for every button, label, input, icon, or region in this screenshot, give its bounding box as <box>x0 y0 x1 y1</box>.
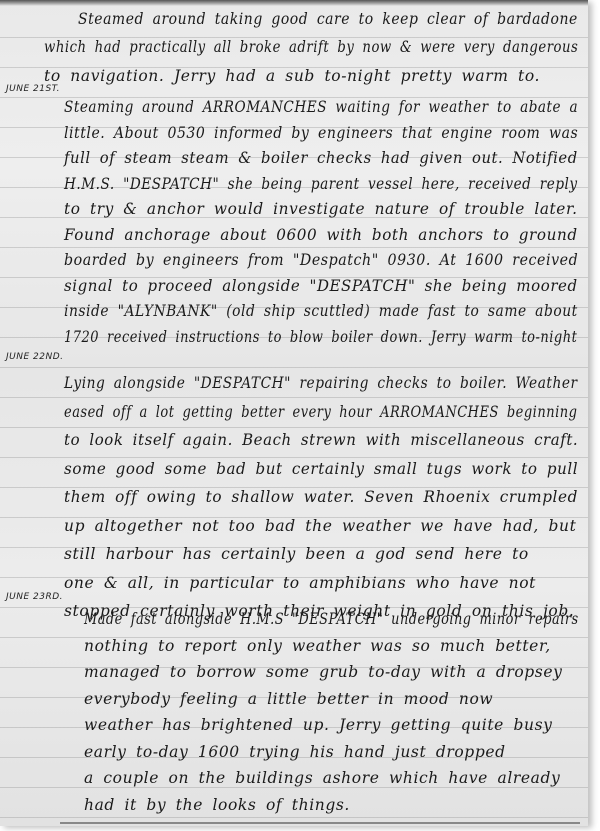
text-line: Found anchorage about 0600 with both anc… <box>64 226 578 244</box>
text-line: H.M.S. "DESPATCH" she being parent vesse… <box>64 175 578 193</box>
text-line: to look itself again. Beach strewn with … <box>64 431 578 449</box>
text-line: some good some bad but certainly small t… <box>64 460 578 478</box>
text-line: inside "ALYNBANK" (old ship scuttled) ma… <box>64 302 578 320</box>
text-line: Made fast alongside H.M.S "DESPATCH" und… <box>84 610 579 628</box>
text-line: to try & anchor would investigate nature… <box>64 200 578 218</box>
text-line: full of steam steam & boiler checks had … <box>64 149 578 167</box>
text-line: them off owing to shallow water. Seven R… <box>64 488 578 506</box>
text-line: nothing to report only weather was so mu… <box>84 637 551 655</box>
text-line: still harbour has certainly been a god s… <box>64 545 529 563</box>
text-line: boarded by engineers from "Despatch" 093… <box>64 251 578 269</box>
text-line: which had practically all broke adrift b… <box>44 38 578 56</box>
text-line: weather has brightened up. Jerry getting… <box>84 716 553 734</box>
text-line: Steamed around taking good care to keep … <box>78 10 578 28</box>
text-line: one & all, in particular to amphibians w… <box>64 574 536 592</box>
text-line: everybody feeling a little better in moo… <box>84 690 493 708</box>
page-edge <box>60 822 580 824</box>
text-line: managed to borrow some grub to-day with … <box>84 663 562 681</box>
entry-date: JUNE 21ST. <box>6 84 60 94</box>
text-line: little. About 0530 informed by engineers… <box>64 124 578 142</box>
text-line: early to-day 1600 trying his hand just d… <box>84 743 506 761</box>
text-line: up altogether not too bad the weather we… <box>64 517 576 535</box>
text-line: Steaming around ARROMANCHES waiting for … <box>64 98 578 116</box>
text-line: had it by the looks of things. <box>84 796 350 814</box>
entry-date: JUNE 22ND. <box>6 352 64 362</box>
text-line: a couple on the buildings ashore which h… <box>84 769 560 787</box>
text-line: Lying alongside "DESPATCH" repairing che… <box>64 374 578 392</box>
text-line: 1720 received instructions to blow boile… <box>64 328 577 346</box>
text-line: eased off a lot getting better every hou… <box>64 403 577 421</box>
diary-page: Steamed around taking good care to keep … <box>0 0 588 826</box>
text-line: to navigation. Jerry had a sub to-night … <box>44 67 540 85</box>
entry-date: JUNE 23RD. <box>6 592 63 602</box>
text-line: signal to proceed alongside "DESPATCH" s… <box>64 277 578 295</box>
